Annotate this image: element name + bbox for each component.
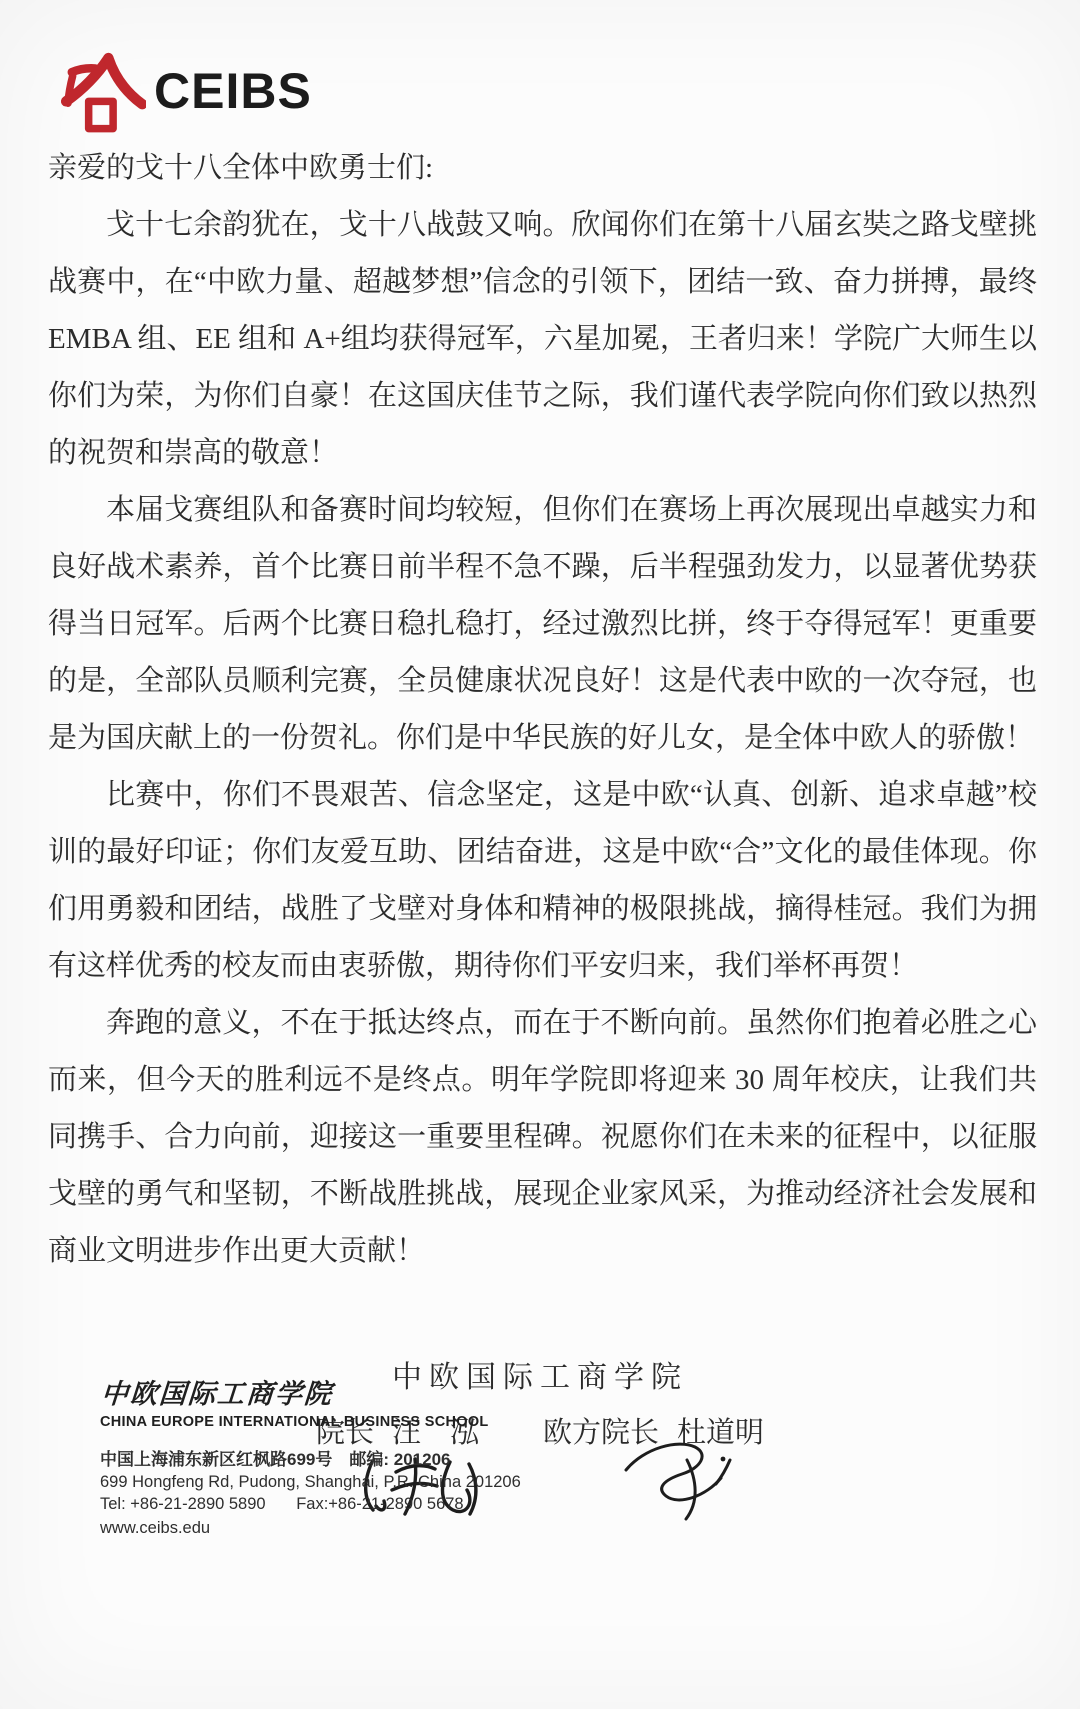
letter-page: CEIBS 亲爱的戈十八全体中欧勇士们: 戈十七余韵犹在，戈十八战鼓又响。欣闻你… bbox=[0, 0, 1080, 1709]
footer-website: www.ceibs.edu bbox=[100, 1519, 580, 1538]
footer-fax: Fax:+86-21-2890 5678 bbox=[296, 1495, 463, 1513]
footer: 中欧国际工商学院 CHINA EUROPE INTERNATIONAL BUSI… bbox=[100, 1372, 580, 1538]
letter-paragraph-3: 比赛中，你们不畏艰苦、信念坚定，这是中欧“认真、创新、追求卓越”校训的最好印证；… bbox=[48, 767, 1037, 995]
footer-address-english: 699 Hongfeng Rd, Pudong, Shanghai, P.R. … bbox=[100, 1473, 580, 1492]
letter-paragraph-2: 本届戈赛组队和备赛时间均较短，但你们在赛场上再次展现出卓越实力和良好战术素养，首… bbox=[48, 482, 1037, 767]
letter-paragraph-1: 戈十七余韵犹在，戈十八战鼓又响。欣闻你们在第十八届玄奘之路戈壁挑战赛中，在“中欧… bbox=[48, 197, 1037, 482]
ceibs-he-character-icon bbox=[52, 44, 146, 138]
footer-tel-fax: Tel: +86-21-2890 5890 Fax:+86-21-2890 56… bbox=[100, 1495, 580, 1514]
footer-tel: Tel: +86-21-2890 5890 bbox=[100, 1495, 266, 1513]
ceibs-logo-text: CEIBS bbox=[154, 44, 312, 138]
footer-address-chinese: 中国上海浦东新区红枫路699号 邮编: 201206 bbox=[100, 1445, 580, 1470]
footer-logo-calligraphy: 中欧国际工商学院 bbox=[100, 1372, 583, 1411]
footer-logo-english: CHINA EUROPE INTERNATIONAL BUSINESS SCHO… bbox=[100, 1414, 580, 1430]
letter-paragraph-4: 奔跑的意义，不在于抵达终点，而在于不断向前。虽然你们抱着必胜之心而来，但今天的胜… bbox=[48, 995, 1037, 1280]
letter-greeting: 亲爱的戈十八全体中欧勇士们: bbox=[48, 140, 1037, 197]
ceibs-logo: CEIBS bbox=[52, 44, 312, 138]
signature-du-daoming-handwriting bbox=[616, 1430, 738, 1526]
letter-body: 亲爱的戈十八全体中欧勇士们: 戈十七余韵犹在，戈十八战鼓又响。欣闻你们在第十八届… bbox=[48, 140, 1037, 1280]
